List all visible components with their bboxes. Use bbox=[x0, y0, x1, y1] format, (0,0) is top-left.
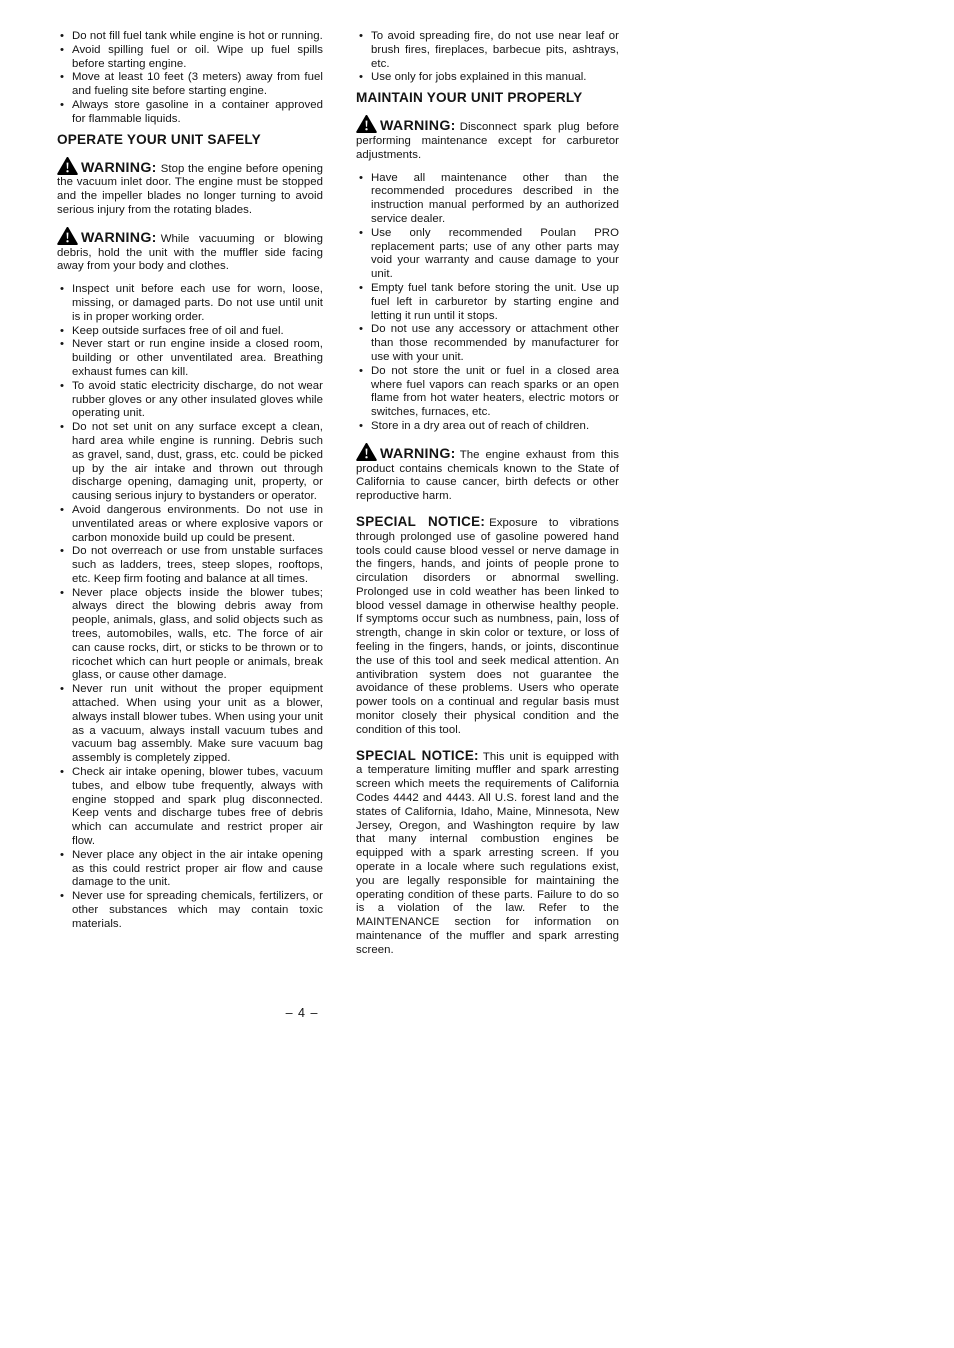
bullet-list: Have all maintenance other than the reco… bbox=[356, 172, 619, 434]
bullet-item: Have all maintenance other than the reco… bbox=[356, 172, 619, 227]
warning-paragraph: WARNING:Disconnect spark plug before per… bbox=[356, 115, 619, 162]
warning-label: WARNING: bbox=[380, 446, 456, 462]
bullet-item: Never run unit without the proper equipm… bbox=[57, 683, 323, 766]
bullet-list: Do not fill fuel tank while engine is ho… bbox=[57, 30, 323, 127]
bullet-item: Do not fill fuel tank while engine is ho… bbox=[57, 30, 323, 44]
bullet-item: Move at least 10 feet (3 meters) away fr… bbox=[57, 71, 323, 99]
bullet-item: Store in a dry area out of reach of chil… bbox=[356, 420, 619, 434]
warning-label: WARNING: bbox=[81, 160, 157, 176]
manual-page: Do not fill fuel tank while engine is ho… bbox=[0, 0, 954, 1348]
section-heading: OPERATE YOUR UNIT SAFELY bbox=[57, 132, 323, 148]
warning-triangle-icon bbox=[57, 157, 78, 175]
notice-label: SPECIAL NOTICE: bbox=[356, 514, 485, 529]
bullet-item: Keep outside surfaces free of oil and fu… bbox=[57, 325, 323, 339]
notice-paragraph: SPECIAL NOTICE:Exposure to vibrations th… bbox=[356, 515, 619, 738]
bullet-item: Empty fuel tank before storing the unit.… bbox=[356, 282, 619, 323]
bullet-item: Do not use any accessory or attachment o… bbox=[356, 323, 619, 364]
warning-triangle-icon bbox=[356, 443, 377, 461]
bullet-item: Never place objects inside the blower tu… bbox=[57, 587, 323, 684]
bullet-item: Use only recommended Poulan PRO replacem… bbox=[356, 227, 619, 282]
notice-text: This unit is equipped with a temperature… bbox=[356, 751, 619, 956]
bullet-item: Do not overreach or use from unstable su… bbox=[57, 545, 323, 586]
bullet-item: Avoid spilling fuel or oil. Wipe up fuel… bbox=[57, 44, 323, 72]
left-column: Do not fill fuel tank while engine is ho… bbox=[57, 30, 323, 967]
bullet-item: Inspect unit before each use for worn, l… bbox=[57, 283, 323, 324]
warning-label: WARNING: bbox=[380, 118, 456, 134]
page-number: – 4 – bbox=[0, 1006, 604, 1020]
bullet-list: Inspect unit before each use for worn, l… bbox=[57, 283, 323, 931]
bullet-item: Do not store the unit or fuel in a close… bbox=[356, 365, 619, 420]
bullet-item: Use only for jobs explained in this manu… bbox=[356, 71, 619, 85]
warning-triangle-icon bbox=[57, 227, 78, 245]
warning-triangle-icon bbox=[356, 115, 377, 133]
warning-paragraph: WARNING:Stop the engine before opening t… bbox=[57, 157, 323, 218]
bullet-item: Never place any object in the air intake… bbox=[57, 849, 323, 890]
page-content: Do not fill fuel tank while engine is ho… bbox=[57, 30, 619, 967]
bullet-item: Never use for spreading chemicals, ferti… bbox=[57, 890, 323, 931]
bullet-item: Always store gasoline in a container app… bbox=[57, 99, 323, 127]
bullet-list: To avoid spreading fire, do not use near… bbox=[356, 30, 619, 85]
bullet-item: Avoid dangerous environments. Do not use… bbox=[57, 504, 323, 545]
notice-text: Exposure to vibrations through prolonged… bbox=[356, 517, 619, 736]
warning-paragraph: WARNING:The engine exhaust from this pro… bbox=[356, 443, 619, 504]
bullet-item: Check air intake opening, blower tubes, … bbox=[57, 766, 323, 849]
warning-label: WARNING: bbox=[81, 230, 157, 246]
section-heading: MAINTAIN YOUR UNIT PROPERLY bbox=[356, 90, 619, 106]
notice-label: SPECIAL NOTICE: bbox=[356, 748, 479, 763]
notice-paragraph: SPECIAL NOTICE:This unit is equipped wit… bbox=[356, 749, 619, 958]
bullet-item: To avoid static electricity discharge, d… bbox=[57, 380, 323, 421]
bullet-item: To avoid spreading fire, do not use near… bbox=[356, 30, 619, 71]
right-column: To avoid spreading fire, do not use near… bbox=[356, 30, 619, 967]
bullet-item: Never start or run engine inside a close… bbox=[57, 338, 323, 379]
bullet-item: Do not set unit on any surface except a … bbox=[57, 421, 323, 504]
warning-paragraph: WARNING:While vacuuming or blowing debri… bbox=[57, 227, 323, 274]
